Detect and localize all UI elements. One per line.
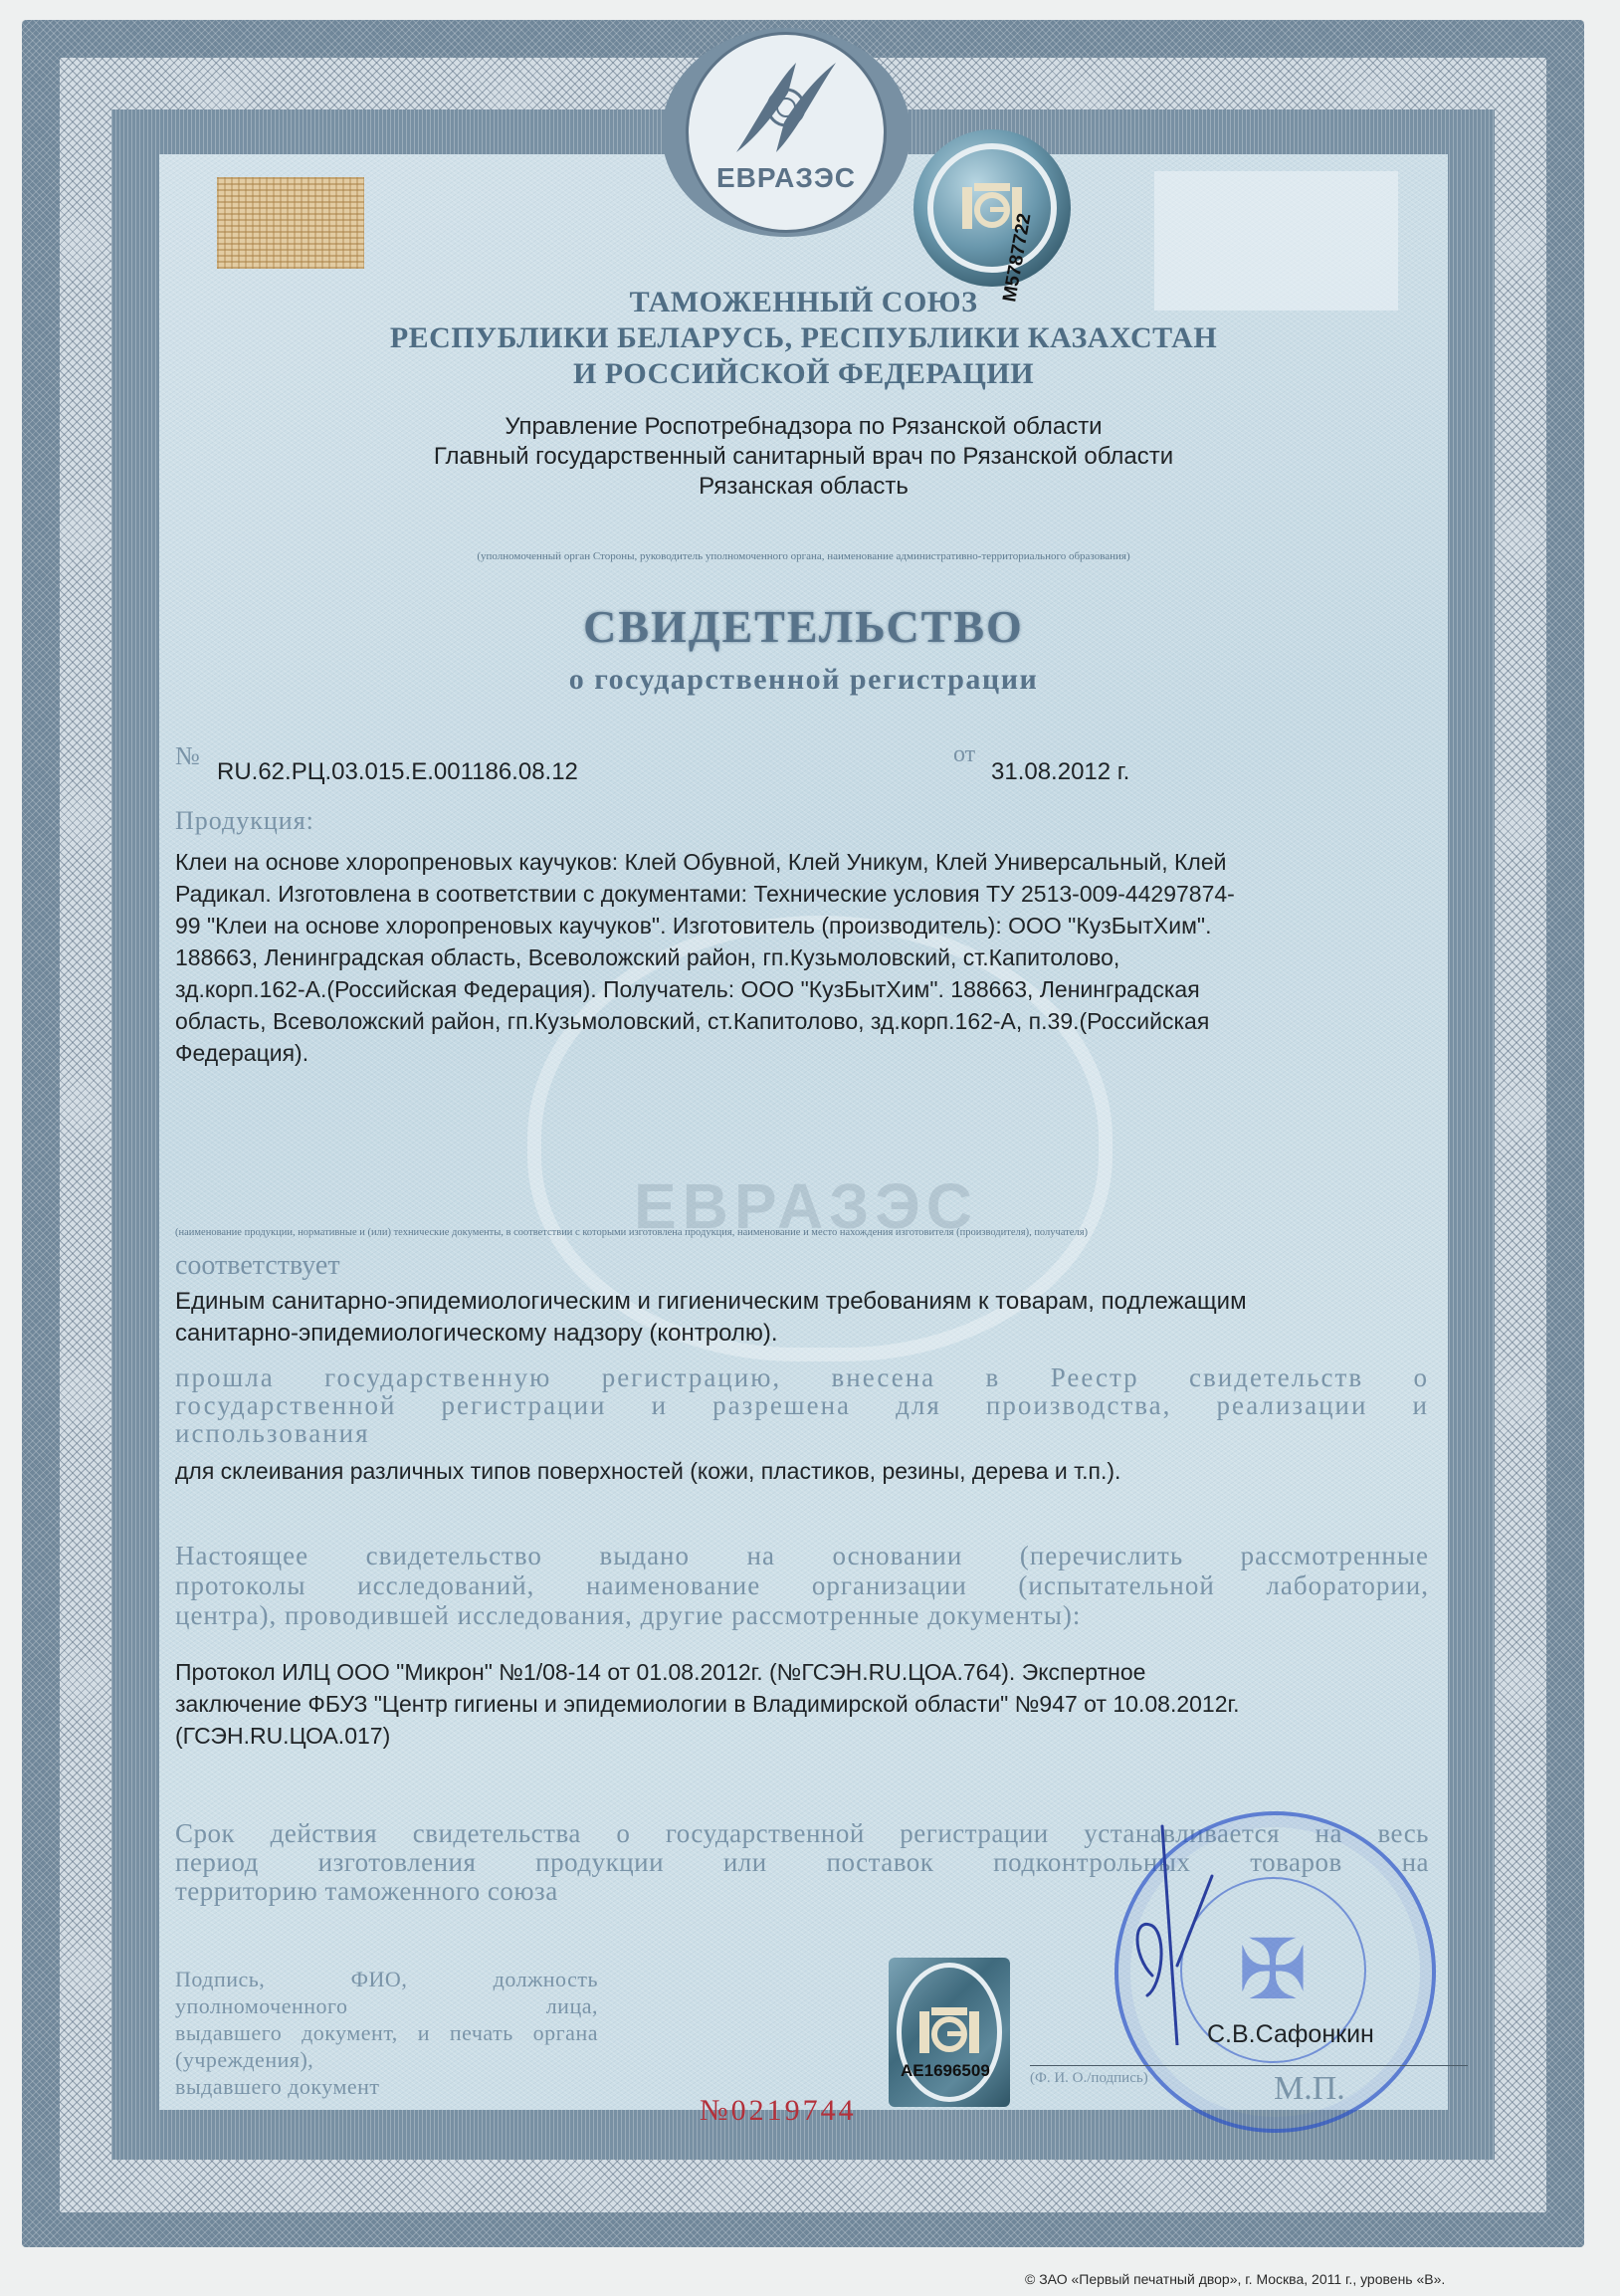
compliance-text: Единым санитарно-эпидемиологическим и ги…: [175, 1286, 1439, 1350]
number-label: №: [175, 741, 200, 771]
product-label: Продукция:: [175, 806, 314, 836]
compliance-label: соответствует: [175, 1250, 340, 1282]
basis-label-line: центра), проводившей исследования, други…: [175, 1600, 1429, 1630]
union-line-2: РЕСПУБЛИКИ БЕЛАРУСЬ, РЕСПУБЛИКИ КАЗАХСТА…: [159, 320, 1448, 356]
compliance-line: Единым санитарно-эпидемиологическим и ги…: [175, 1286, 1439, 1318]
customs-union-heading: ТАМОЖЕННЫЙ СОЮЗ РЕСПУБЛИКИ БЕЛАРУСЬ, РЕС…: [159, 285, 1448, 392]
product-line: Радикал. Изготовлена в соответствии с до…: [175, 878, 1439, 910]
certificate-subtitle: о государственной регистрации: [159, 663, 1448, 697]
product-description: Клеи на основе хлоропреновых каучуков: К…: [175, 846, 1439, 1069]
basis-text: Протокол ИЛЦ ООО "Микрон" №1/08-14 от 01…: [175, 1656, 1439, 1752]
stamp-place-mark: М.П.: [1274, 2070, 1345, 2108]
product-line: 188663, Ленинградская область, Всеволожс…: [175, 941, 1439, 973]
authority-caption: (уполномоченный орган Стороны, руководит…: [159, 550, 1448, 562]
gost-mark-icon: [917, 2005, 981, 2059]
registration-statement-line: государственной регистрации и разрешена …: [175, 1391, 1429, 1419]
authority-line-1: Управление Роспотребнадзора по Рязанской…: [159, 412, 1448, 442]
registration-statement: прошла государственную регистрацию, внес…: [175, 1363, 1429, 1447]
eurasec-label: ЕВРАЗЭС: [689, 162, 884, 194]
basis-label-line: Настоящее свидетельство выдано на основа…: [175, 1541, 1429, 1570]
basis-line: Протокол ИЛЦ ООО "Микрон" №1/08-14 от 01…: [175, 1656, 1439, 1688]
registration-date: 31.08.2012 г.: [991, 756, 1129, 788]
product-line: зд.корп.162-А.(Российская Федерация). По…: [175, 973, 1439, 1005]
authority-line-2: Главный государственный санитарный врач …: [159, 442, 1448, 472]
date-label: от: [953, 741, 975, 768]
signer-caption: (Ф. И. О./подпись): [1030, 2070, 1148, 2087]
signature-line: [1030, 2065, 1468, 2066]
issuing-authority: Управление Роспотребнадзора по Рязанской…: [159, 412, 1448, 502]
printer-footer: © ЗАО «Первый печатный двор», г. Москва,…: [1025, 2271, 1445, 2287]
product-line: Клеи на основе хлоропреновых каучуков: К…: [175, 846, 1439, 878]
basis-label: Настоящее свидетельство выдано на основа…: [175, 1541, 1429, 1630]
hologram-bottom: AE1696509: [889, 1958, 1010, 2107]
eurasec-emblem: ЕВРАЗЭС: [662, 28, 911, 237]
signer-name: С.В.Сафонкин: [1207, 2020, 1374, 2049]
union-line-1: ТАМОЖЕННЫЙ СОЮЗ: [159, 285, 1448, 320]
signature-label: Подпись, ФИО, должность уполномоченного …: [175, 1966, 598, 2100]
handwritten-signature-icon: [1122, 1816, 1282, 2045]
blank-serial-number: №0219744: [700, 2094, 857, 2128]
hologram-top: M5787722: [913, 129, 1071, 287]
union-line-3: И РОССИЙСКОЙ ФЕДЕРАЦИИ: [159, 356, 1448, 392]
signature-label-line: Подпись, ФИО, должность уполномоченного …: [175, 1966, 598, 2019]
product-line: Федерация).: [175, 1037, 1439, 1069]
registration-number: RU.62.РЦ.03.015.Е.001186.08.12: [217, 756, 578, 788]
eurasec-logo-icon: [716, 53, 856, 162]
product-line: область, Всеволожский район, гп.Кузьмоло…: [175, 1005, 1439, 1037]
signature-label-line: выдавшего документ, и печать органа (учр…: [175, 2019, 598, 2073]
registration-statement-line: использования: [175, 1419, 1429, 1447]
usage-text: для склеивания различных типов поверхнос…: [175, 1455, 1120, 1487]
security-foil-patch: [217, 177, 364, 269]
authority-line-3: Рязанская область: [159, 472, 1448, 502]
basis-line: (ГСЭН.RU.ЦОА.017): [175, 1720, 1439, 1752]
hologram-bottom-serial: AE1696509: [901, 2061, 990, 2081]
compliance-line: санитарно-эпидемиологическому надзору (к…: [175, 1318, 1439, 1350]
product-caption: (наименование продукции, нормативные и (…: [175, 1227, 1088, 1238]
product-line: 99 "Клеи на основе хлоропреновых каучуко…: [175, 910, 1439, 941]
certificate-title: СВИДЕТЕЛЬСТВО: [159, 600, 1448, 653]
registration-statement-line: прошла государственную регистрацию, внес…: [175, 1363, 1429, 1391]
signature-label-line: выдавшего документ: [175, 2073, 598, 2100]
basis-line: заключение ФБУЗ "Центр гигиены и эпидеми…: [175, 1688, 1439, 1720]
basis-label-line: протоколы исследований, наименование орг…: [175, 1570, 1429, 1600]
